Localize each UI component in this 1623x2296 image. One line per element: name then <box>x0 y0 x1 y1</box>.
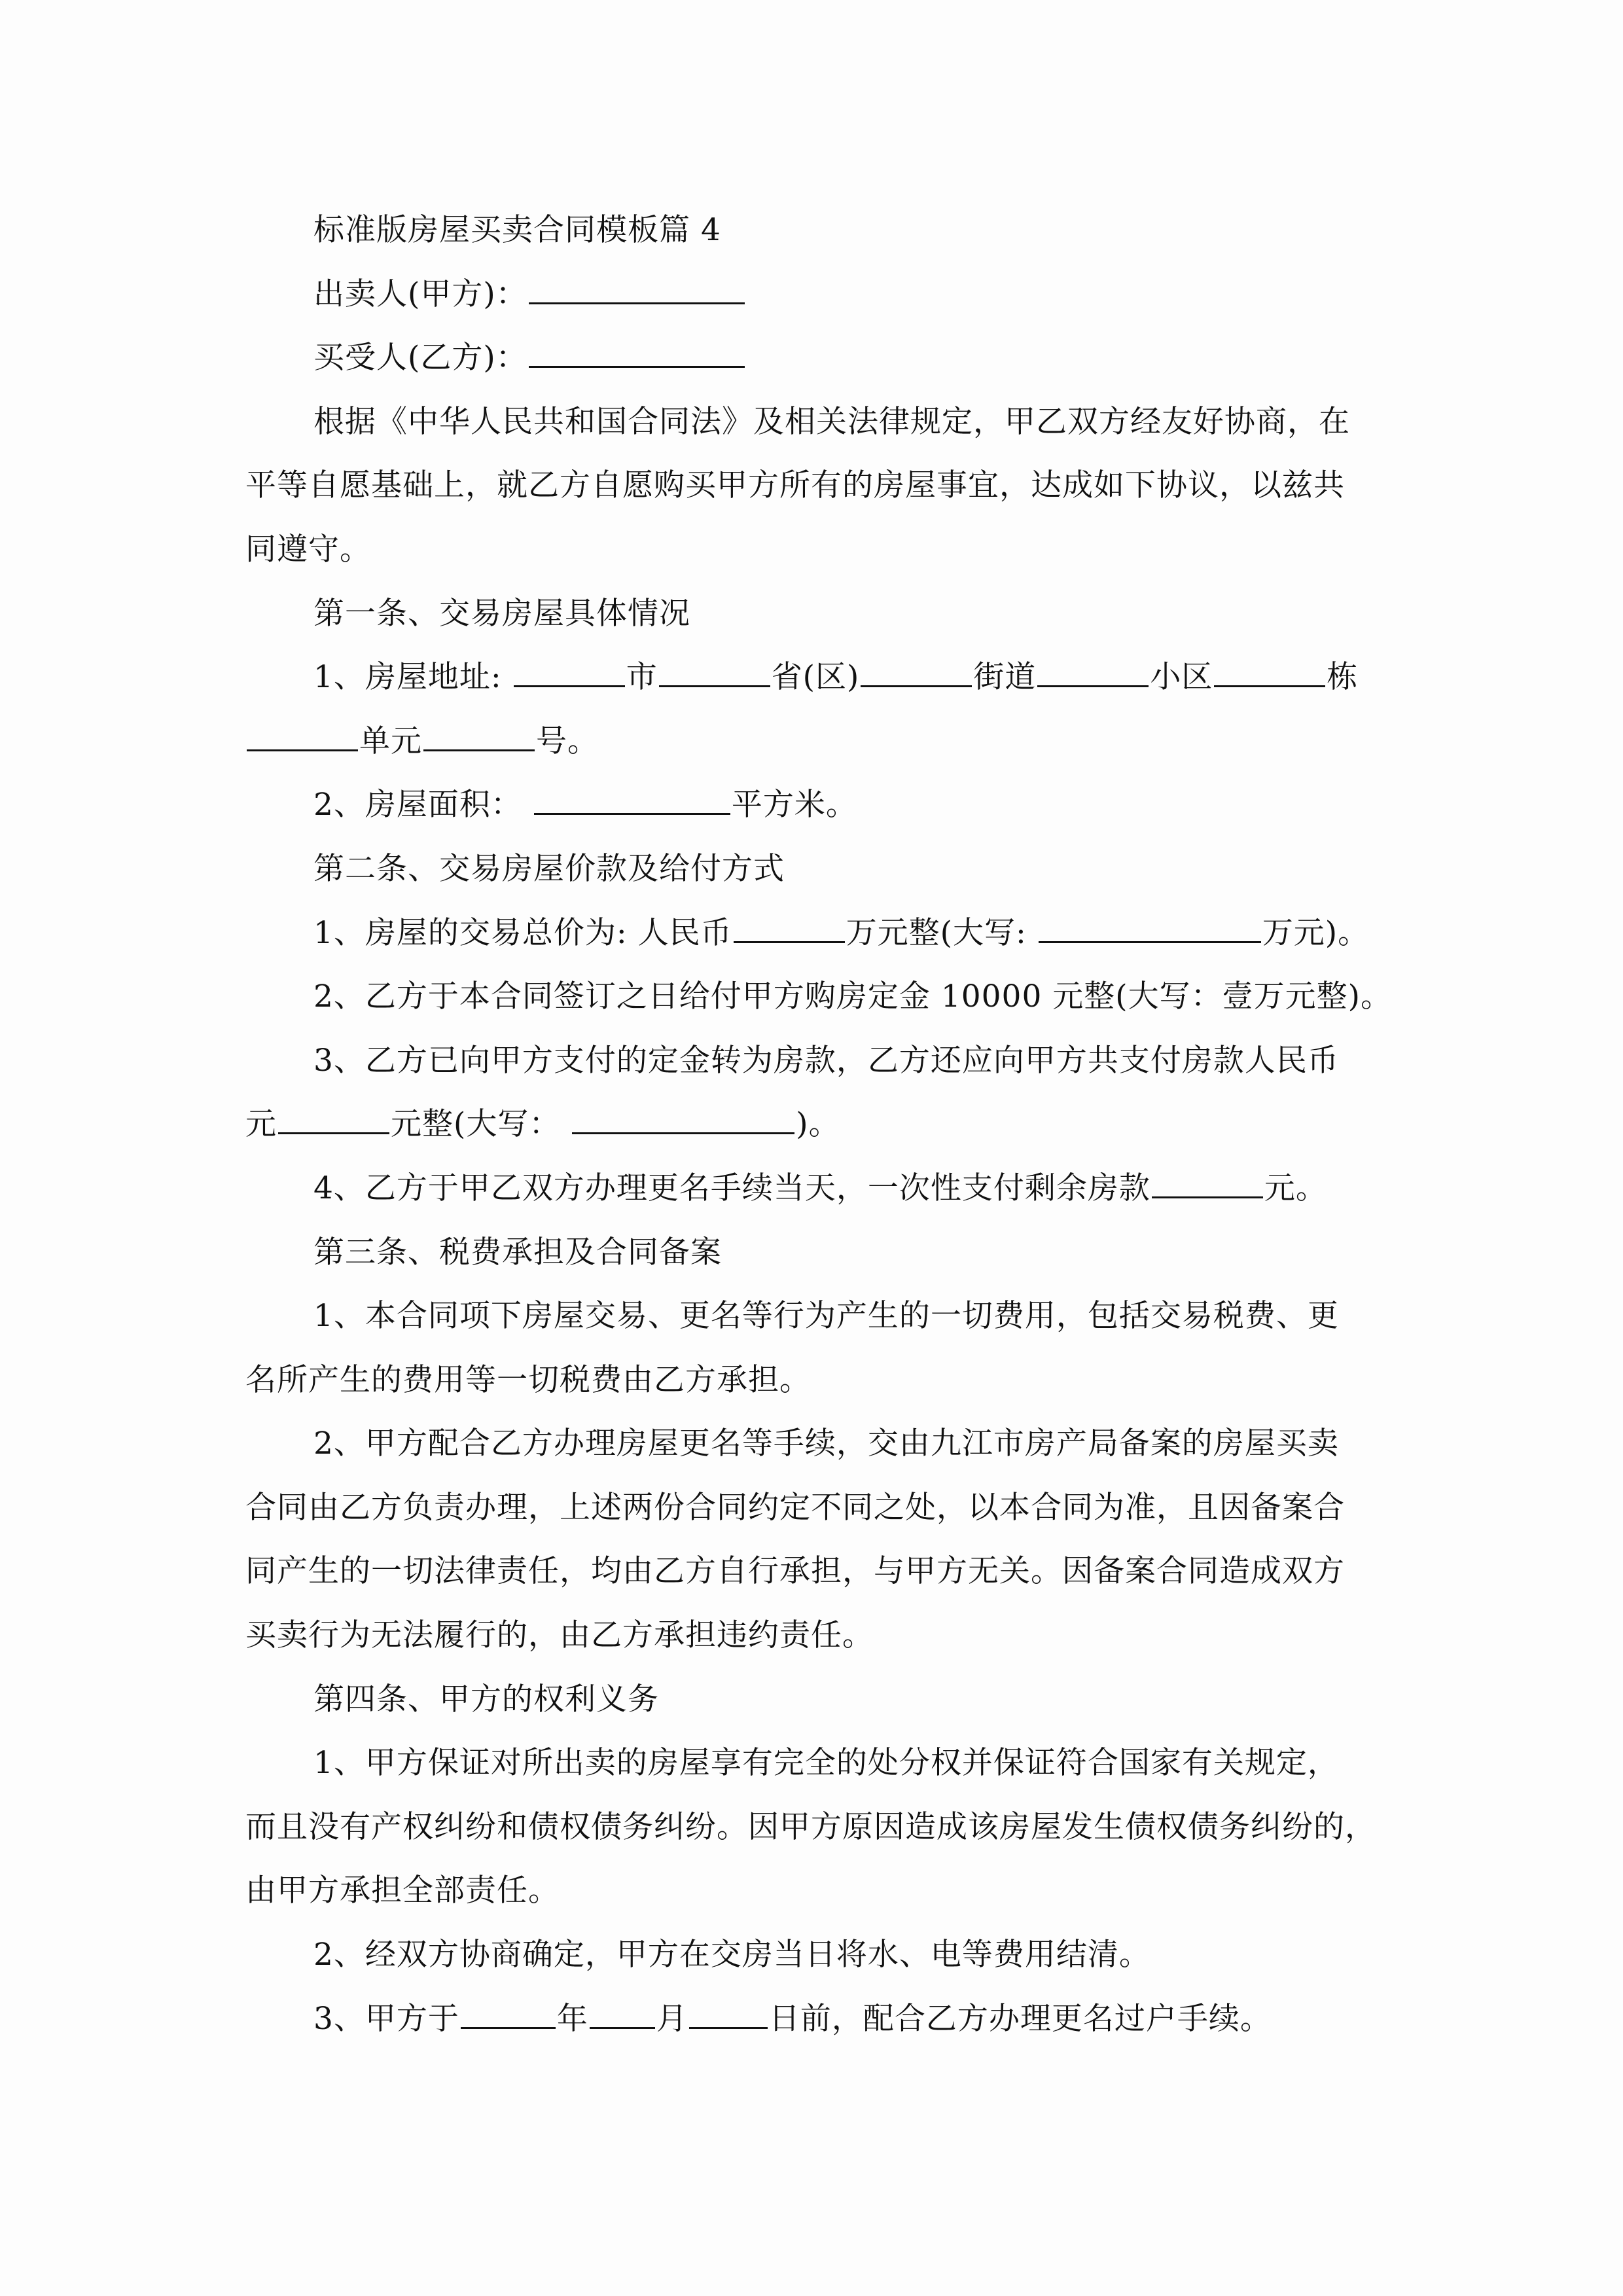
address-line: 单元号。 <box>245 709 1378 774</box>
buyer-field: 买受人(乙方)： <box>245 326 1378 390</box>
fill-in-blank[interactable] <box>572 1103 794 1135</box>
document-title: 标准版房屋买卖合同模板篇 4 <box>245 198 1378 262</box>
preamble-line: 根据《中华人民共和国合同法》及相关法律规定，甲乙双方经友好协商，在 <box>245 390 1378 454</box>
fill-in-blank[interactable] <box>689 1998 768 2029</box>
fill-in-blank[interactable] <box>514 656 625 688</box>
text-segment: 1、房屋地址: <box>313 659 512 695</box>
document-page: 标准版房屋买卖合同模板篇 4出卖人(甲方)：买受人(乙方)：根据《中华人民共和国… <box>0 0 1623 2296</box>
text-segment: 标准版房屋买卖合同模板篇 4 <box>313 212 721 248</box>
text-segment: 日前，配合乙方办理更名过户手续。 <box>769 2001 1272 2037</box>
fill-in-blank[interactable] <box>1037 656 1149 688</box>
text-segment: 第二条、交易房屋价款及给付方式 <box>313 851 785 887</box>
text-segment: 由甲方承担全部责任。 <box>245 1873 560 1909</box>
text-segment: 市 <box>626 659 658 695</box>
text-segment: 元整(大写： <box>391 1106 571 1142</box>
fill-in-blank[interactable] <box>461 1998 556 2029</box>
text-segment: 单元 <box>359 723 422 759</box>
article-heading: 第二条、交易房屋价款及给付方式 <box>245 837 1378 901</box>
text-segment: 第三条、税费承担及合同备案 <box>313 1234 722 1270</box>
article-heading: 第四条、甲方的权利义务 <box>245 1668 1378 1732</box>
text-segment: 省(区) <box>772 659 860 695</box>
text-segment: 1、甲方保证对所出卖的房屋享有完全的处分权并保证符合国家有关规定， <box>313 1745 1339 1781</box>
article-heading: 第一条、交易房屋具体情况 <box>245 582 1378 646</box>
contract-body: 标准版房屋买卖合同模板篇 4出卖人(甲方)：买受人(乙方)：根据《中华人民共和国… <box>245 198 1378 2051</box>
clause-line: 同产生的一切法律责任，均由乙方自行承担，与甲方无关。因备案合同造成双方 <box>245 1539 1378 1604</box>
clause-line: 买卖行为无法履行的，由乙方承担违约责任。 <box>245 1604 1378 1668</box>
clause-line: 1、本合同项下房屋交易、更名等行为产生的一切费用，包括交易税费、更 <box>245 1284 1378 1348</box>
text-segment: 合同由乙方负责办理，上述两份合同约定不同之处，以本合同为准，且因备案合 <box>245 1490 1345 1526</box>
clause-line: 合同由乙方负责办理，上述两份合同约定不同之处，以本合同为准，且因备案合 <box>245 1476 1378 1540</box>
text-segment: 年 <box>557 2001 588 2037</box>
text-segment: 第一条、交易房屋具体情况 <box>313 596 690 632</box>
text-segment: 根据《中华人民共和国合同法》及相关法律规定，甲乙双方经友好协商，在 <box>313 404 1350 440</box>
text-segment: 街道 <box>973 659 1036 695</box>
text-segment: 2、房屋面积： <box>313 787 533 823</box>
clause-line: 1、房屋的交易总价为: 人民币万元整(大写: 万元)。 <box>245 901 1378 965</box>
text-segment: 1、本合同项下房屋交易、更名等行为产生的一切费用，包括交易税费、更 <box>313 1298 1339 1334</box>
clause-line: 名所产生的费用等一切税费由乙方承担。 <box>245 1348 1378 1412</box>
text-segment: 月 <box>656 2001 688 2037</box>
text-segment: 平等自愿基础上，就乙方自愿购买甲方所有的房屋事宜，达成如下协议，以兹共 <box>245 467 1345 503</box>
clause-line: 由甲方承担全部责任。 <box>245 1859 1378 1923</box>
clause-line: 1、甲方保证对所出卖的房屋享有完全的处分权并保证符合国家有关规定， <box>245 1731 1378 1795</box>
text-segment: 2、经双方协商确定，甲方在交房当日将水、电等费用结清。 <box>313 1937 1150 1973</box>
fill-in-blank[interactable] <box>1214 656 1325 688</box>
fill-in-blank[interactable] <box>534 784 730 816</box>
fill-in-blank[interactable] <box>247 720 358 751</box>
clause-line: 4、乙方于甲乙双方办理更名手续当天，一次性支付剩余房款元。 <box>245 1157 1378 1221</box>
text-segment: 第四条、甲方的权利义务 <box>313 1681 659 1717</box>
text-segment: 2、乙方于本合同签订之日给付甲方购房定金 10000 元整(大写：壹万元整)。 <box>313 978 1392 1014</box>
text-segment: 平方米。 <box>732 787 857 823</box>
text-segment: )。 <box>796 1106 840 1142</box>
fill-in-blank[interactable] <box>590 1998 655 2029</box>
text-segment: 同遵守。 <box>245 531 371 567</box>
clause-line: 而且没有产权纠纷和债权债务纠纷。因甲方原因造成该房屋发生债权债务纠纷的， <box>245 1795 1378 1859</box>
text-segment: 万元整(大写: <box>846 915 1037 951</box>
clause-line: 2、甲方配合乙方办理房屋更名等手续，交由九江市房产局备案的房屋买卖 <box>245 1412 1378 1476</box>
text-segment: 1、房屋的交易总价为: 人民币 <box>313 915 732 951</box>
fill-in-blank[interactable] <box>1152 1167 1263 1198</box>
clause-line: 2、乙方于本合同签订之日给付甲方购房定金 10000 元整(大写：壹万元整)。 <box>245 965 1378 1029</box>
text-segment: 元。 <box>1264 1170 1327 1206</box>
text-segment: 4、乙方于甲乙双方办理更名手续当天，一次性支付剩余房款 <box>313 1170 1150 1206</box>
fill-in-blank[interactable] <box>423 720 535 751</box>
text-segment: 栋 <box>1327 659 1358 695</box>
clause-line: 2、经双方协商确定，甲方在交房当日将水、电等费用结清。 <box>245 1923 1378 1987</box>
text-segment: 同产生的一切法律责任，均由乙方自行承担，与甲方无关。因备案合同造成双方 <box>245 1553 1345 1589</box>
area-line: 2、房屋面积： 平方米。 <box>245 773 1378 837</box>
text-segment: 小区 <box>1150 659 1213 695</box>
address-line: 1、房屋地址: 市省(区)街道小区栋 <box>245 645 1378 709</box>
preamble-line: 同遵守。 <box>245 518 1378 582</box>
text-segment: 买受人(乙方)： <box>313 340 527 376</box>
text-segment: 2、甲方配合乙方办理房屋更名等手续，交由九江市房产局备案的房屋买卖 <box>313 1426 1339 1462</box>
text-segment: 3、乙方已向甲方支付的定金转为房款，乙方还应向甲方共支付房款人民币 <box>313 1043 1339 1079</box>
text-segment: 万元)。 <box>1262 915 1369 951</box>
text-segment: 元 <box>245 1106 277 1142</box>
text-segment: 号。 <box>536 723 599 759</box>
fill-in-blank[interactable] <box>529 273 745 304</box>
fill-in-blank[interactable] <box>278 1103 389 1135</box>
clause-line: 3、乙方已向甲方支付的定金转为房款，乙方还应向甲方共支付房款人民币 <box>245 1029 1378 1093</box>
preamble-line: 平等自愿基础上，就乙方自愿购买甲方所有的房屋事宜，达成如下协议，以兹共 <box>245 454 1378 518</box>
text-segment: 而且没有产权纠纷和债权债务纠纷。因甲方原因造成该房屋发生债权债务纠纷的， <box>245 1809 1376 1845</box>
text-segment: 出卖人(甲方)： <box>313 276 527 312</box>
seller-field: 出卖人(甲方)： <box>245 262 1378 327</box>
fill-in-blank[interactable] <box>861 656 972 688</box>
text-segment: 买卖行为无法履行的，由乙方承担违约责任。 <box>245 1617 874 1653</box>
fill-in-blank[interactable] <box>1039 912 1261 943</box>
article-heading: 第三条、税费承担及合同备案 <box>245 1221 1378 1285</box>
fill-in-blank[interactable] <box>659 656 770 688</box>
clause-line: 3、甲方于年月日前，配合乙方办理更名过户手续。 <box>245 1987 1378 2051</box>
clause-line: 元元整(大写： )。 <box>245 1092 1378 1157</box>
fill-in-blank[interactable] <box>734 912 845 943</box>
text-segment: 名所产生的费用等一切税费由乙方承担。 <box>245 1362 811 1398</box>
fill-in-blank[interactable] <box>529 337 745 368</box>
text-segment: 3、甲方于 <box>313 2001 459 2037</box>
